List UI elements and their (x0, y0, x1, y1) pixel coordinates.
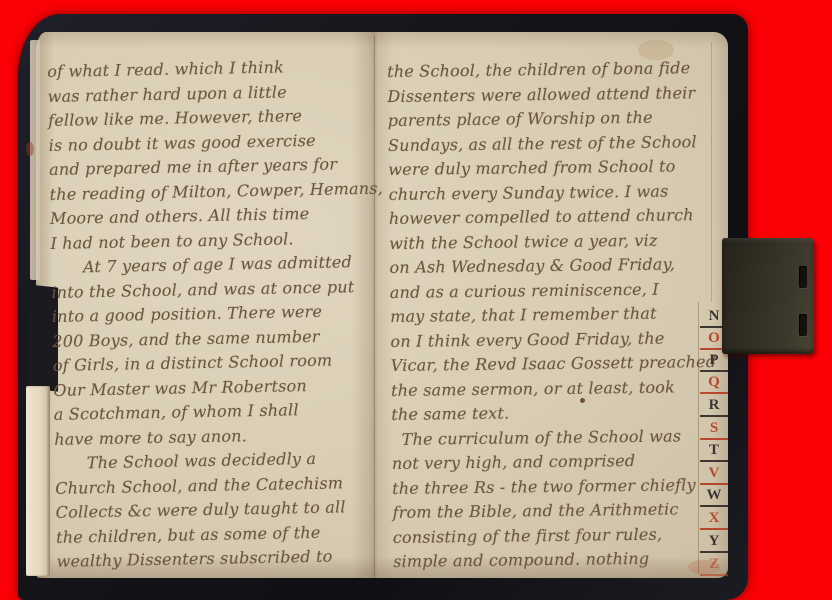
handwriting-line: the School, the children of bona fide (387, 56, 723, 85)
ink-stain (26, 142, 34, 156)
index-tab-y: Y (700, 533, 728, 553)
handwriting-line: simple and compound. nothing (393, 546, 729, 575)
page-edge-stack-top (30, 40, 40, 280)
handwriting-line: were duly marched from School to (388, 154, 724, 183)
right-page-handwriting: the School, the children of bona fide Di… (387, 56, 729, 575)
handwriting-line: Vicar, the Revd Isaac Gossett preached (391, 350, 727, 379)
handwriting-line: Dissenters were allowed attend their (387, 80, 723, 109)
handwriting-line: from the Bible, and the Arithmetic (392, 497, 728, 526)
index-tab-x: X (700, 510, 728, 530)
index-tab-t: T (700, 442, 728, 462)
page-edge-stack-bottom (26, 386, 50, 576)
index-tab-q: Q (700, 374, 728, 394)
index-tab-r: R (700, 397, 728, 417)
clasp-slot (799, 266, 807, 288)
index-tab-z: Z (700, 556, 728, 576)
handwriting-line: The curriculum of the School was (391, 423, 727, 452)
clasp (722, 238, 814, 354)
index-tab-p: P (700, 352, 728, 372)
index-tab-v: V (700, 465, 728, 485)
left-page-handwriting: of what I read. which I think was rather… (47, 54, 377, 575)
handwriting-line: however compelled to attend church (389, 203, 725, 232)
index-tab-s: S (700, 420, 728, 440)
index-tab-w: W (700, 487, 728, 507)
clasp-slot (799, 314, 807, 336)
photo-background: of what I read. which I think was rather… (0, 0, 832, 600)
